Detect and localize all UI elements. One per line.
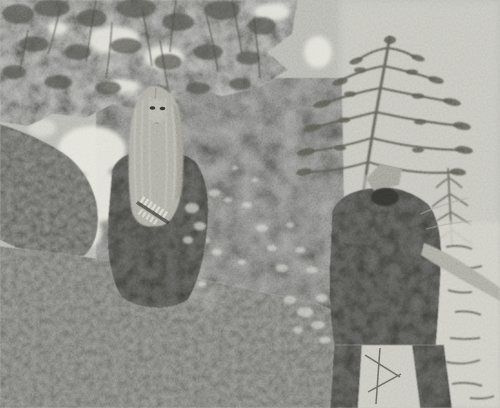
print-veil	[0, 0, 500, 408]
band-photo	[0, 0, 500, 408]
photo-canvas	[0, 0, 500, 408]
